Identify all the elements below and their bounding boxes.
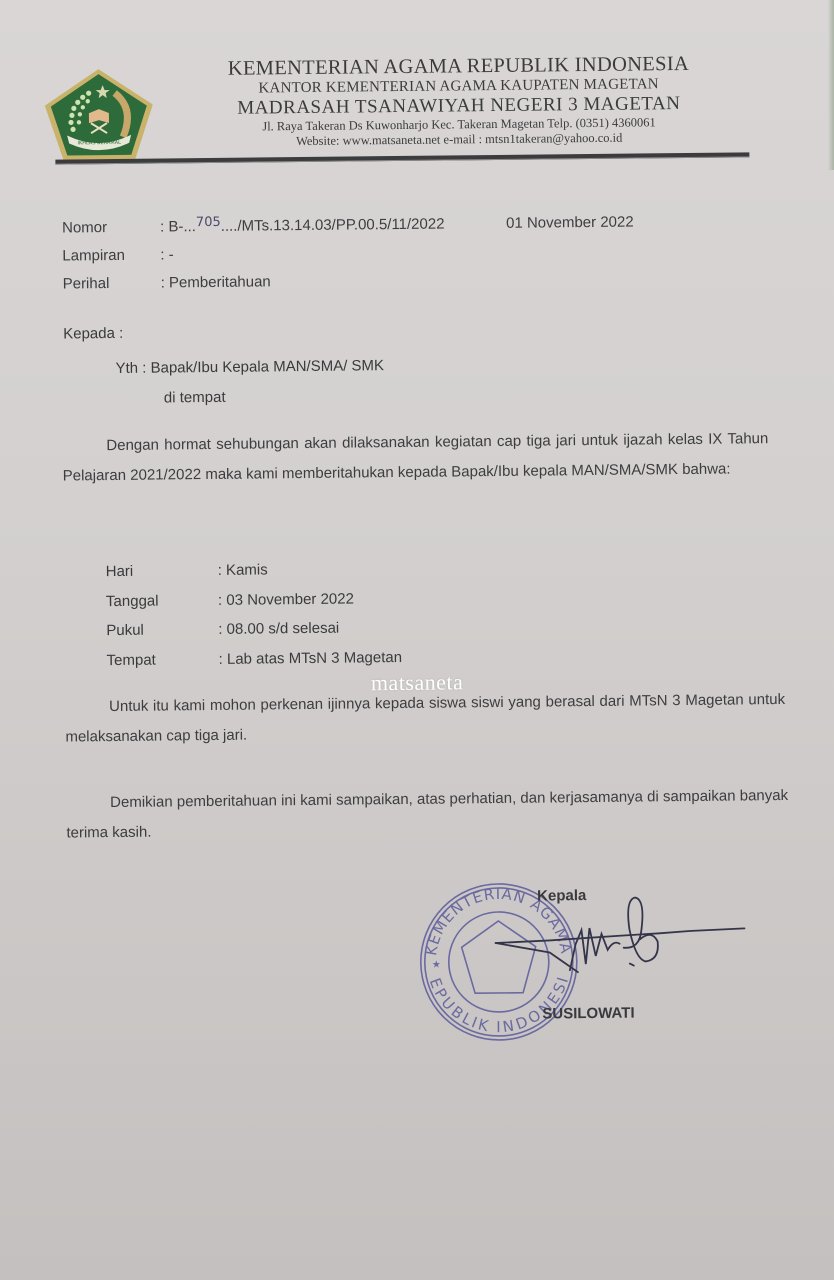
signatory-name: SUSILOWATI [542,1005,634,1023]
letterhead: KEMENTERIAN AGAMA REPUBLIK INDONESIA KAN… [208,53,709,150]
nomor-label: Nomor [62,218,160,236]
body-paragraph-3: Demikian pemberitahuan ini kami sampaika… [66,781,789,849]
recipient-heading: Kepada : [63,325,123,343]
event-details: Hari: Kamis Tanggal: 03 November 2022 Pu… [106,554,403,675]
letter-page: IKHLAS BERAMAL KEMENTERIAN AGAMA REPUBLI… [0,0,834,1280]
detail-row: Tempat: Lab atas MTsN 3 Magetan [106,642,402,675]
kemenag-logo-icon: IKHLAS BERAMAL [42,67,155,162]
body-paragraph-1: Dengan hormat sehubungan akan dilaksanak… [62,424,769,491]
detail-row: Pukul: 08.00 s/d selesai [106,613,402,646]
letterhead-divider [55,152,749,164]
recipient-location: di tempat [164,389,226,407]
recipient-address: Yth : Bapak/Ibu Kepala MAN/SMA/ SMK [115,357,384,377]
signatory-position: Kepala [537,887,586,905]
nomor-handwritten: 705 [196,214,221,229]
nomor-value: : B-...705..../MTs.13.14.03/PP.00.5/11/2… [160,214,506,235]
detail-row: Hari: Kamis [106,554,402,587]
letter-meta: Nomor : B-...705..../MTs.13.14.03/PP.00.… [62,208,634,298]
letter-date: 01 November 2022 [506,213,634,231]
detail-row: Tanggal: 03 November 2022 [106,583,402,616]
perihal-value: : Pemberitahuan [161,273,271,291]
svg-text:IKHLAS BERAMAL: IKHLAS BERAMAL [77,140,121,146]
perihal-label: Perihal [63,274,161,292]
lampiran-label: Lampiran [62,246,160,264]
meta-perihal-row: Perihal : Pemberitahuan [63,264,635,298]
svg-text:★: ★ [432,960,441,971]
lampiran-value: : - [160,246,174,263]
page-edge [828,0,834,170]
watermark-text: matsaneta [371,669,464,696]
signature-icon [489,888,760,991]
